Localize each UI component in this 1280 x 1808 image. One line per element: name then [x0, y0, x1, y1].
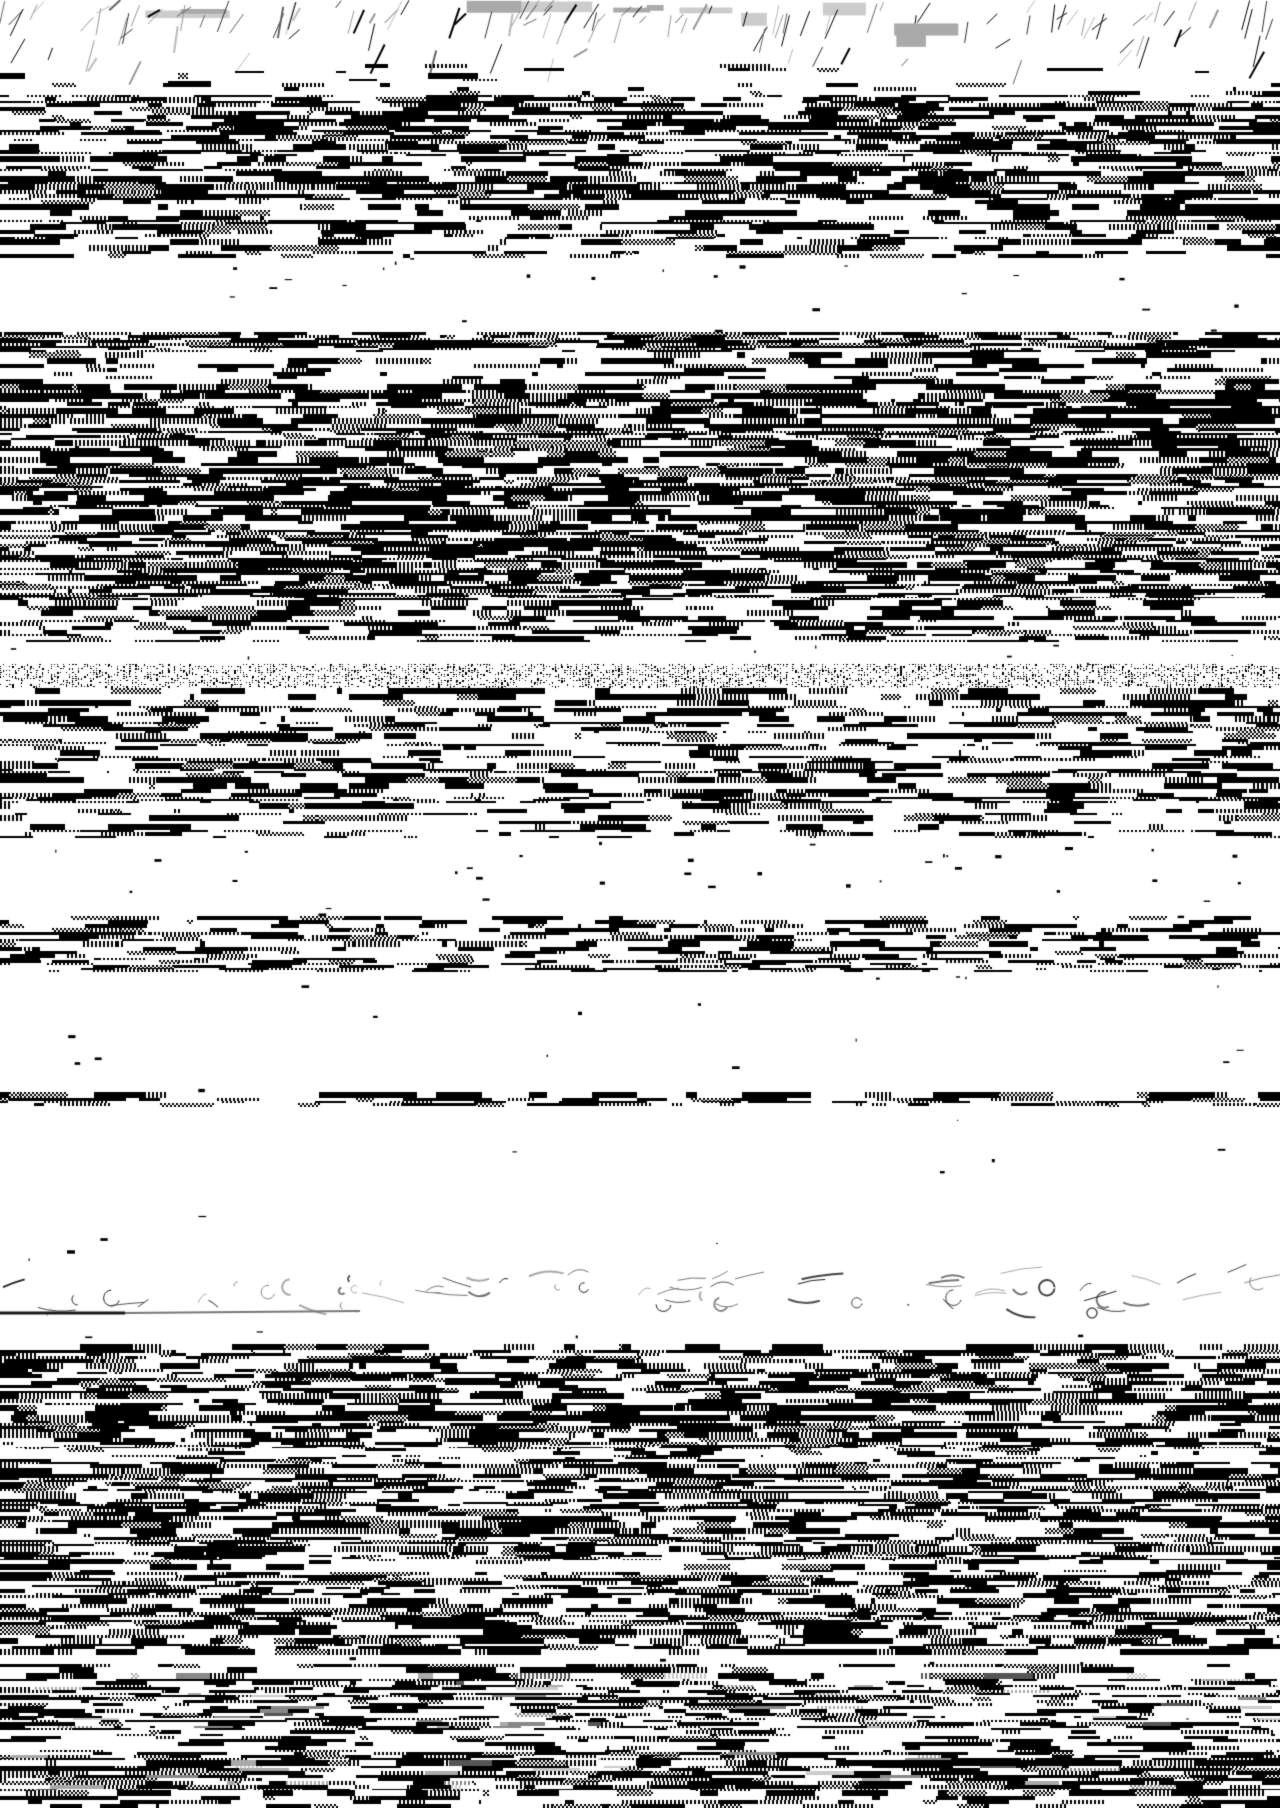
glitch-noise-bitmap [0, 0, 1280, 1808]
corrupted-screenshot [0, 0, 1280, 1808]
